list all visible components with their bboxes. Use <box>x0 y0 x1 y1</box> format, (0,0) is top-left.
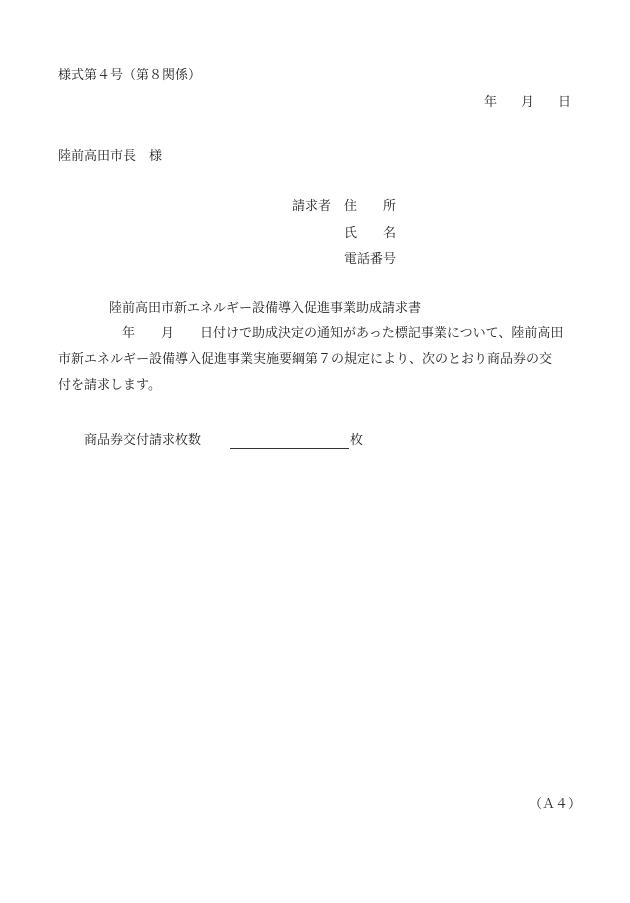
name-char-1: 氏 <box>344 226 368 241</box>
body-line-1: 年月日付けで助成決定の通知があった標記事業について、陸前高田 <box>122 327 563 340</box>
document-title: 陸前高田市新エネルギー設備導入促進事業助成請求書 <box>109 302 421 315</box>
body-line-2: 市新エネルギー設備導入促進事業実施要綱第７の規定により、次のとおり商品券の交 <box>58 353 552 366</box>
address-char-2: 所 <box>383 199 396 214</box>
voucher-count-label: 商品券交付請求枚数 <box>84 434 201 447</box>
date-line: 年月日 <box>484 96 571 109</box>
name-char-2: 名 <box>383 226 396 241</box>
phone-field-label: 電話番号 <box>344 253 396 266</box>
requester-label: 請求者 <box>292 200 331 213</box>
address-field-label: 住 所 <box>344 200 396 213</box>
body-month-label: 月 <box>161 327 174 340</box>
date-day-label: 日 <box>558 96 571 109</box>
name-field-label: 氏 名 <box>344 227 396 240</box>
body-year-label: 年 <box>122 327 135 340</box>
form-number: 様式第４号（第８関係） <box>58 69 201 82</box>
voucher-count-unit: 枚 <box>350 434 363 447</box>
voucher-count-blank <box>230 434 349 449</box>
addressee: 陸前高田市長 様 <box>58 150 162 163</box>
date-year-label: 年 <box>484 96 497 109</box>
body-line-3: 付を請求します。 <box>58 379 161 392</box>
body-line-1-text: 日付けで助成決定の通知があった標記事業について、陸前高田 <box>200 327 563 340</box>
address-char-1: 住 <box>344 199 368 214</box>
paper-size-label: （Ａ４） <box>529 798 581 811</box>
date-month-label: 月 <box>521 96 534 109</box>
